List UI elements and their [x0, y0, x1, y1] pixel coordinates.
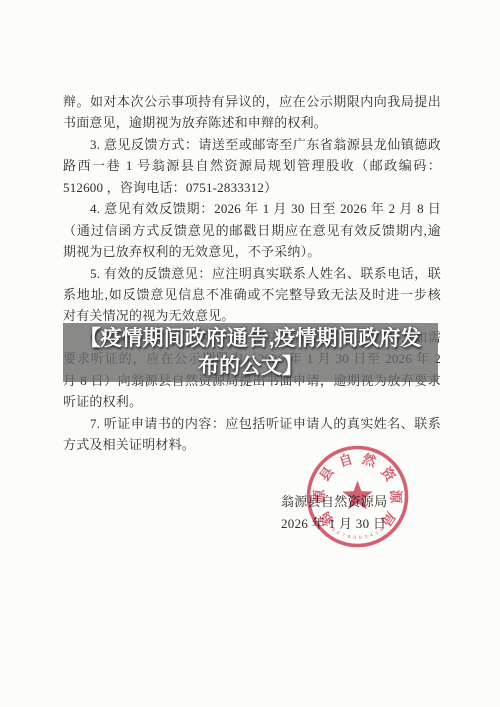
svg-text:2: 2 — [336, 530, 341, 536]
svg-text:3: 3 — [364, 534, 368, 540]
text-line: 系地址,如反馈意见信息不准确或不完整导致无法及时进一步核 — [63, 284, 441, 305]
text-line: 5. 有效的反馈意见：应注明真实联系人姓名、联系电话，联 — [63, 263, 441, 284]
overlay-title-line1: 【疫情期间政府通告,疫情期间政府发 — [80, 325, 422, 353]
text-line: 7. 听证申请书的内容：应包括听证申请人的真实姓名、联系 — [63, 413, 441, 434]
text-line: 听证的权利。 — [63, 391, 441, 412]
text-line: 期视为已放弃权利的无效意见，不予采纳）。 — [63, 241, 441, 262]
text-line: 4. 意见有效反馈期：2026 年 1 月 30 日至 2026 年 2 月 8… — [63, 198, 441, 219]
text-line: 辩。如对本次公示事项持有异议的，应在公示期限内向我局提出 — [63, 91, 441, 112]
svg-text:自: 自 — [337, 450, 355, 469]
document-body: 辩。如对本次公示事项持有异议的，应在公示期限内向我局提出 书面意见，逾期视为放弃… — [63, 91, 441, 455]
document-page: 辩。如对本次公示事项持有异议的，应在公示期限内向我局提出 书面意见，逾期视为放弃… — [0, 0, 500, 707]
text-line: 路西一巷 1 号翁源县自然资源局规划管理股收（邮政编码： — [63, 155, 441, 176]
svg-text:源: 源 — [388, 490, 403, 504]
seal-code-text: 0279003415 — [331, 527, 385, 540]
official-seal: 翁源县自然资源局 0279003415 — [302, 441, 413, 552]
svg-text:0: 0 — [331, 527, 336, 533]
official-seal-icon: 翁源县自然资源局 0279003415 — [302, 441, 413, 552]
text-line: 书面意见，逾期视为放弃陈述和申辩的权利。 — [63, 112, 441, 133]
svg-text:0: 0 — [353, 535, 356, 540]
svg-text:9: 9 — [347, 534, 351, 540]
svg-text:源: 源 — [312, 489, 327, 503]
svg-text:1: 1 — [374, 530, 379, 536]
svg-text:7: 7 — [341, 532, 346, 538]
svg-text:5: 5 — [379, 527, 384, 533]
star-icon — [342, 481, 372, 510]
svg-text:4: 4 — [369, 532, 374, 538]
overlay-title-line2: 布的公文】 — [198, 353, 303, 381]
text-line: 3. 意见反馈方式：请送至或邮寄至广东省翁源县龙仙镇德政 — [63, 134, 441, 155]
svg-text:0: 0 — [359, 535, 362, 540]
svg-text:然: 然 — [361, 450, 379, 470]
text-line: 512600 ，咨询电话：0751-2833312） — [63, 177, 441, 198]
text-line: （通过信函方式反馈意见的邮戳日期应在意见有效反馈期内,逾 — [63, 220, 441, 241]
overlay-banner: 【疫情期间政府通告,疫情期间政府发 布的公文】 — [63, 323, 438, 382]
